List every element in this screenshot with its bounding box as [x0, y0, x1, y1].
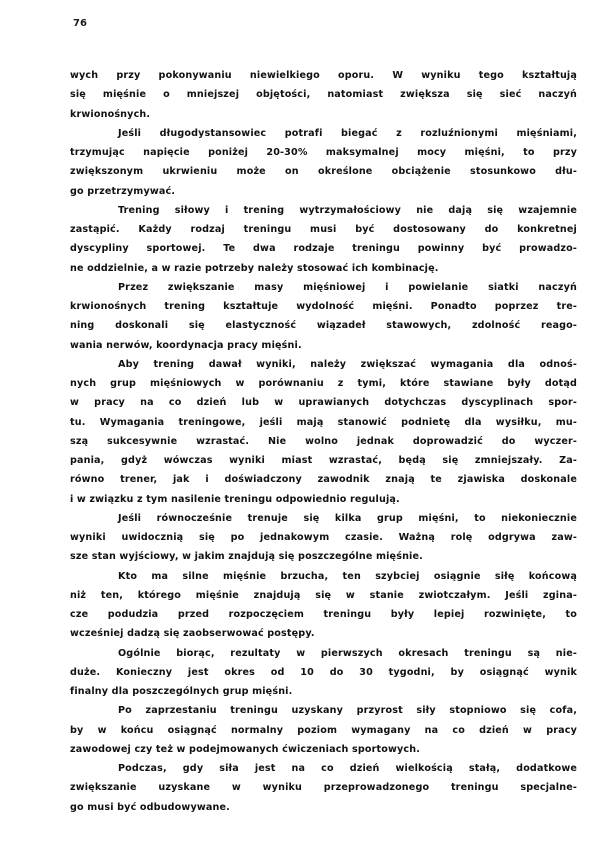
text-line: i w związku z tym nasilenie treningu odp… — [70, 490, 577, 509]
text-line: krwionośnych trening kształtuje wydolnoś… — [70, 297, 577, 316]
text-line: go musi być odbudowywane. — [70, 798, 577, 817]
text-line: finalny dla poszczególnych grup mięśni. — [70, 682, 577, 701]
text-line: go przetrzymywać. — [70, 182, 577, 201]
text-line: Po zaprzestaniu treningu uzyskany przyro… — [70, 701, 577, 720]
text-line: wych przy pokonywaniu niewielkiego oporu… — [70, 66, 577, 85]
text-line: Jeśli równocześnie trenuje się kilka gru… — [70, 509, 577, 528]
text-line: się mięśnie o mniejszej objętości, natom… — [70, 85, 577, 104]
text-line: niż ten, którego mięśnie znajdują się w … — [70, 586, 577, 605]
text-line: równo trener, jak i doświadczony zawodni… — [70, 470, 577, 489]
text-line: wcześniej dadzą się zaobserwować postępy… — [70, 624, 577, 643]
text-line: w pracy na co dzień lub w uprawianych do… — [70, 393, 577, 412]
text-line: dyscypliny sportowej. Te dwa rodzaje tre… — [70, 239, 577, 258]
text-line: by w końcu osiągnąć normalny poziom wyma… — [70, 721, 577, 740]
text-line: krwionośnych. — [70, 105, 577, 124]
text-line: Podczas, gdy siła jest na co dzień wielk… — [70, 759, 577, 778]
text-line: ning doskonali się elastyczność wiązadeł… — [70, 316, 577, 335]
text-line: sze stan wyjściowy, w jakim znajdują się… — [70, 547, 577, 566]
text-line: zastąpić. Każdy rodzaj treningu musi być… — [70, 220, 577, 239]
text-line: duże. Konieczny jest okres od 10 do 30 t… — [70, 663, 577, 682]
text-line: Ogólnie biorąc, rezultaty w pierwszych o… — [70, 644, 577, 663]
text-line: pania, gdyż wówczas wyniki miast wzrasta… — [70, 451, 577, 470]
text-line: Kto ma silne mięśnie brzucha, ten szybci… — [70, 567, 577, 586]
text-line: ne oddzielnie, a w razie potrzeby należy… — [70, 259, 577, 278]
text-line: zwiększanie uzyskane w wyniku przeprowad… — [70, 778, 577, 797]
page-number: 76 — [73, 18, 87, 29]
text-line: wania nerwów, koordynacja pracy mięśni. — [70, 336, 577, 355]
body-text: wych przy pokonywaniu niewielkiego oporu… — [70, 66, 577, 817]
text-line: tu. Wymagania treningowe, jeśli mają sta… — [70, 413, 577, 432]
text-line: Jeśli długodystansowiec potrafi biegać z… — [70, 124, 577, 143]
text-line: trzymując napięcie poniżej 20-30% maksym… — [70, 143, 577, 162]
text-line: szą sukcesywnie wzrastać. Nie wolno jedn… — [70, 432, 577, 451]
text-line: zawodowej czy też w podejmowanych ćwicze… — [70, 740, 577, 759]
text-line: wyniki uwidocznią się po jednakowym czas… — [70, 528, 577, 547]
text-line: zwiększonym ukrwieniu może on określone … — [70, 162, 577, 181]
text-line: Przez zwiększanie masy mięśniowej i powi… — [70, 278, 577, 297]
text-line: cze podudzia przed rozpoczęciem treningu… — [70, 605, 577, 624]
text-line: Trening siłowy i trening wytrzymałościow… — [70, 201, 577, 220]
text-line: Aby trening dawał wyniki, należy zwiększ… — [70, 355, 577, 374]
text-line: nych grup mięśniowych w porównaniu z tym… — [70, 374, 577, 393]
